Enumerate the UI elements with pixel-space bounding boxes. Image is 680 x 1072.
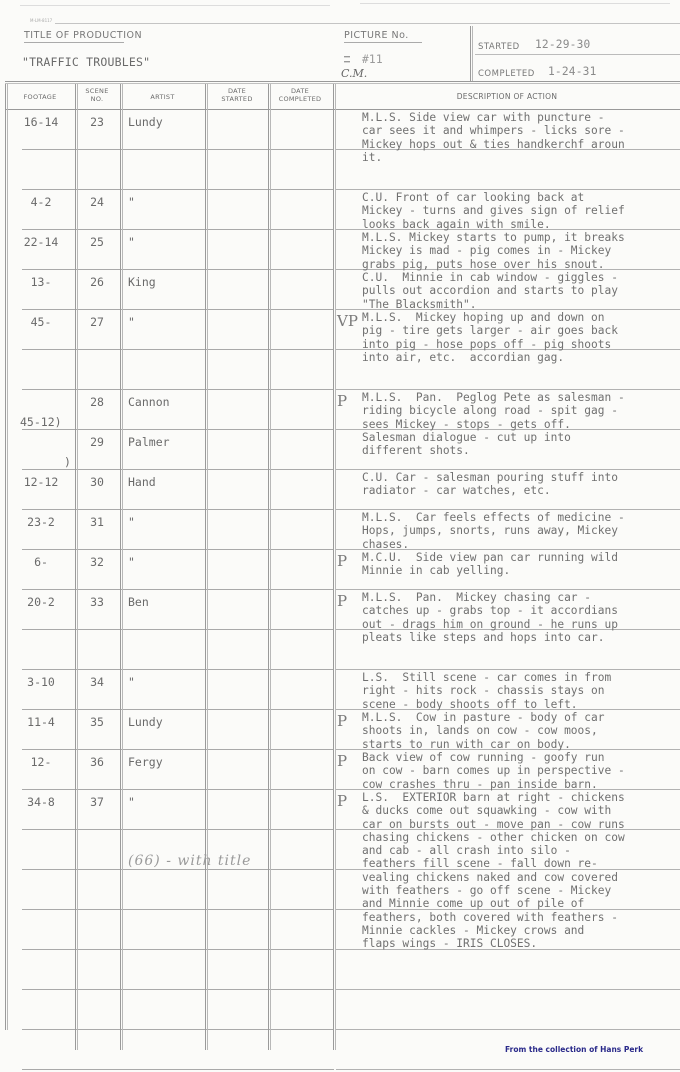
grid-row-line [22, 1029, 334, 1030]
picture-label: PICTURE No. [344, 30, 409, 41]
scene-number-cell: 37 [80, 795, 114, 809]
picture-label-underline [344, 42, 422, 43]
grid-row-line [22, 749, 334, 750]
grid-row-line [22, 669, 334, 670]
scene-number-cell: 32 [80, 555, 114, 569]
grid-row-line [336, 469, 680, 470]
scene-number-cell: 29 [80, 435, 114, 449]
footage-cell: 4-2 [10, 195, 72, 209]
footage-cell: 16-14 [10, 115, 72, 129]
grid-row-line [22, 149, 334, 150]
completed-date: 1-24-31 [548, 65, 597, 78]
started-label: STARTED [478, 42, 520, 52]
footage-cell: 45- [10, 315, 72, 329]
col-date-started-label: DATE STARTED [215, 88, 259, 103]
header-top-rule [55, 23, 680, 24]
approval-mark: P [337, 552, 347, 570]
grid-row-line [22, 909, 334, 910]
scene-number-cell: 34 [80, 675, 114, 689]
grid-column-line [5, 84, 8, 1030]
grid-row-line [22, 189, 334, 190]
table-top-rule-2 [5, 83, 680, 84]
footage-cell: ) [64, 455, 126, 469]
description-cell: C.U. Minnie in cab window - giggles - pu… [362, 271, 680, 311]
handwritten-note: (66) - with title [128, 853, 251, 869]
form-code: M-LM-8117 [30, 18, 52, 23]
scan-edge [20, 5, 330, 6]
grid-row-line [22, 469, 334, 470]
grid-row-line [22, 949, 334, 950]
grid-row-line [22, 1069, 334, 1070]
footage-cell: 12-12 [10, 475, 72, 489]
grid-row-line [22, 869, 334, 870]
col-date-completed: DATE COMPLETED [268, 88, 332, 103]
scene-number-cell: 24 [80, 195, 114, 209]
grid-row-line [336, 989, 680, 990]
approval-mark: P [337, 792, 347, 810]
description-cell: Back view of cow running - goofy run on … [362, 751, 680, 791]
footage-cell: 6- [10, 555, 72, 569]
grid-row-line [22, 589, 334, 590]
artist-cell: " [128, 235, 135, 249]
grid-row-line [22, 269, 334, 270]
grid-row-line [22, 549, 334, 550]
artist-cell: " [128, 195, 135, 209]
col-date-started: DATE STARTED [206, 88, 268, 103]
approval-mark: P [337, 712, 347, 730]
col-scene-no-label: SCENE NO. [84, 88, 110, 103]
artist-cell: Cannon [128, 395, 170, 409]
approval-mark: VP [337, 312, 358, 330]
scene-number-cell: 31 [80, 515, 114, 529]
footage-cell: 23-2 [10, 515, 72, 529]
grid-row-line [22, 509, 334, 510]
grid-row-line [22, 829, 334, 830]
col-date-completed-label: DATE COMPLETED [275, 88, 325, 103]
col-description: DESCRIPTION OF ACTION [334, 93, 680, 101]
production-title: "TRAFFIC TROUBLES" [22, 55, 150, 69]
grid-row-line [22, 629, 334, 630]
artist-cell: Palmer [128, 435, 170, 449]
grid-column-line [268, 84, 271, 1050]
artist-cell: Hand [128, 475, 156, 489]
description-cell: C.U. Car - salesman pouring stuff into r… [362, 471, 680, 498]
grid-row-line [22, 349, 334, 350]
grid-row-line [22, 989, 334, 990]
grid-column-line [205, 84, 208, 1050]
scan-edge [360, 3, 670, 4]
footage-cell: 11-4 [10, 715, 72, 729]
footage-cell: 20-2 [10, 595, 72, 609]
grid-row-line [22, 389, 334, 390]
scene-number-cell: 23 [80, 115, 114, 129]
started-date: 12-29-30 [535, 38, 590, 51]
grid-row-line [22, 789, 334, 790]
col-footage: FOOTAGE [5, 94, 75, 102]
scene-number-cell: 35 [80, 715, 114, 729]
grid-row-line [336, 1029, 680, 1030]
artist-cell: Ben [128, 595, 149, 609]
approval-mark: P [337, 752, 347, 770]
grid-row-line [22, 429, 334, 430]
stamp-mark: ▬▬▬▬ [344, 55, 350, 65]
grid-row-line [336, 669, 680, 670]
started-rule [475, 54, 680, 55]
scene-number-cell: 27 [80, 315, 114, 329]
artist-cell: " [128, 795, 135, 809]
picture-number: #11 [362, 53, 383, 66]
artist-cell: " [128, 555, 135, 569]
footage-cell: 3-10 [10, 675, 72, 689]
scene-number-cell: 26 [80, 275, 114, 289]
description-cell: M.L.S. Side view car with puncture - car… [362, 111, 680, 164]
artist-cell: Fergy [128, 755, 163, 769]
title-label: TITLE OF PRODUCTION [24, 30, 142, 41]
grid-row-line [22, 709, 334, 710]
grid-row-line [336, 1069, 680, 1070]
grid-column-line [120, 84, 123, 1050]
artist-cell: " [128, 315, 135, 329]
description-cell: M.L.S. Car feels effects of medicine - H… [362, 511, 680, 551]
artist-cell: Lundy [128, 715, 163, 729]
scene-number-cell: 25 [80, 235, 114, 249]
artist-cell: Lundy [128, 115, 163, 129]
description-cell: M.L.S. Pan. Peglog Pete as salesman - ri… [362, 391, 680, 431]
scene-number-cell: 28 [80, 395, 114, 409]
scene-number-cell: 30 [80, 475, 114, 489]
col-artist: ARTIST [120, 94, 205, 102]
title-label-underline [24, 42, 124, 43]
artist-cell: King [128, 275, 156, 289]
footage-cell: 13- [10, 275, 72, 289]
col-scene-no: SCENE NO. [76, 88, 118, 103]
description-cell: M.L.S. Cow in pasture - body of car shoo… [362, 711, 680, 751]
footage-cell: 12- [10, 755, 72, 769]
grid-row-line [22, 229, 334, 230]
description-cell: C.U. Front of car looking back at Mickey… [362, 191, 680, 231]
collection-credit: From the collection of Hans Perk [505, 1045, 643, 1054]
description-cell: M.C.U. Side view pan car running wild Mi… [362, 551, 680, 578]
picture-initials: C.M. [341, 67, 367, 80]
description-cell: L.S. Still scene - car comes in from rig… [362, 671, 680, 711]
description-cell: M.L.S. Pan. Mickey chasing car - catches… [362, 591, 680, 644]
header-divider [470, 26, 473, 81]
completed-label: COMPLETED [478, 69, 535, 79]
description-cell: M.L.S. Mickey hoping up and down on pig … [362, 311, 680, 364]
scene-number-cell: 36 [80, 755, 114, 769]
artist-cell: " [128, 675, 135, 689]
description-cell: L.S. EXTERIOR barn at right - chickens &… [362, 791, 680, 951]
table-top-rule [5, 81, 680, 82]
description-cell: M.L.S. Mickey starts to pump, it breaks … [362, 231, 680, 271]
description-cell: Salesman dialogue - cut up into differen… [362, 431, 680, 458]
scene-number-cell: 33 [80, 595, 114, 609]
grid-row-line [336, 189, 680, 190]
artist-cell: " [128, 515, 135, 529]
approval-mark: P [337, 392, 347, 410]
header-bottom-rule [5, 109, 680, 110]
grid-column-line [75, 84, 78, 1050]
grid-row-line [336, 589, 680, 590]
grid-row-line [336, 509, 680, 510]
footage-cell: 34-8 [10, 795, 72, 809]
grid-column-line [333, 84, 336, 1050]
grid-row-line [336, 389, 680, 390]
footage-cell: 22-14 [10, 235, 72, 249]
grid-row-line [22, 309, 334, 310]
approval-mark: P [337, 592, 347, 610]
footage-cell: 45-12) [20, 415, 82, 429]
